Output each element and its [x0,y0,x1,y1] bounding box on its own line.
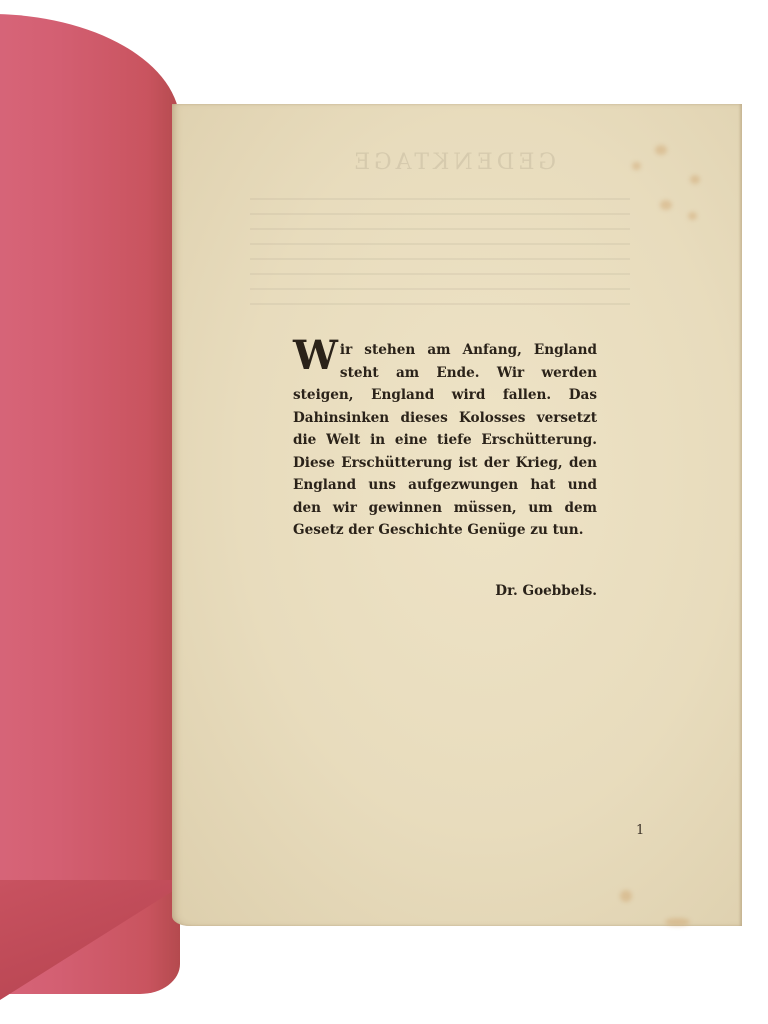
drop-cap: W [293,340,338,372]
quote-text: ir stehen am Anfang, England steht am En… [293,339,597,542]
goebbels-quote: W ir stehen am Anfang, England steht am … [293,339,597,542]
foxing-stain [690,175,700,184]
quote-author: Dr. Goebbels. [420,583,597,599]
page-number: 1 [636,823,644,838]
foxing-stain [655,145,667,155]
foxing-stain [620,890,632,902]
pink-cover [0,14,180,994]
foxing-stain [632,162,641,170]
foxing-stain [660,200,672,210]
bleed-through-text [250,185,630,318]
bleed-through-heading: GEDENKTAGE [350,150,556,175]
foxing-stain [665,918,690,926]
foxing-stain [688,212,697,220]
